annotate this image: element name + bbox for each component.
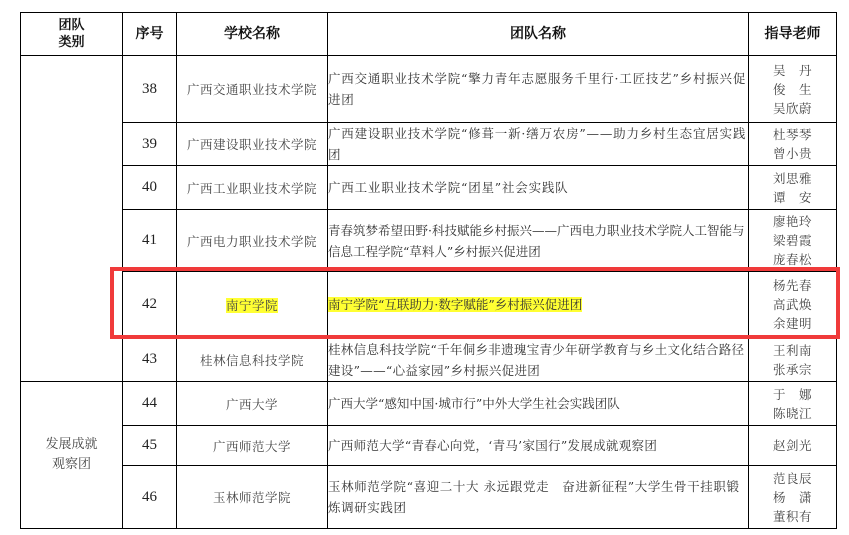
team-name: 广西交通职业技术学院“擎力青年志愿服务千里行·工匠技艺”乡村振兴促进团 bbox=[328, 56, 749, 123]
school-name: 广西师范大学 bbox=[177, 426, 328, 466]
row-number: 39 bbox=[123, 123, 177, 166]
team-name: 广西工业职业技术学院“团星”社会实践队 bbox=[328, 166, 749, 210]
school-name: 广西大学 bbox=[177, 382, 328, 426]
team-name: 桂林信息科技学院“千年侗乡非遗瑰宝青少年研学教育与乡土文化结合路径建设”——“心… bbox=[328, 338, 749, 382]
table-row: 38 广西交通职业技术学院 广西交通职业技术学院“擎力青年志愿服务千里行·工匠技… bbox=[21, 56, 837, 123]
school-name: 玉林师范学院 bbox=[177, 466, 328, 529]
school-name: 广西电力职业技术学院 bbox=[177, 210, 328, 272]
row-number: 41 bbox=[123, 210, 177, 272]
advisors: 范良辰 杨 潇 董积有 bbox=[749, 466, 837, 529]
header-school: 学校名称 bbox=[177, 13, 328, 56]
advisors: 王利南 张承宗 bbox=[749, 338, 837, 382]
team-name: 青春筑梦希望田野·科技赋能乡村振兴——广西电力职业技术学院人工智能与信息工程学院… bbox=[328, 210, 749, 272]
school-name: 桂林信息科技学院 bbox=[177, 338, 328, 382]
team-name: 广西大学“感知中国·城市行”中外大学生社会实践团队 bbox=[328, 382, 749, 426]
advisors: 杨先春 高武焕 余建明 bbox=[749, 272, 837, 338]
header-advisor: 指导老师 bbox=[749, 13, 837, 56]
team-name: 玉林师范学院“喜迎二十大 永远跟党走 奋进新征程”大学生骨干挂职锻炼调研实践团 bbox=[328, 466, 749, 529]
row-number: 40 bbox=[123, 166, 177, 210]
advisors: 刘思雅 谭 安 bbox=[749, 166, 837, 210]
table-row: 43 桂林信息科技学院 桂林信息科技学院“千年侗乡非遗瑰宝青少年研学教育与乡土文… bbox=[21, 338, 837, 382]
highlighted-team-name: 南宁学院“互联助力·数字赋能”乡村振兴促进团 bbox=[328, 297, 582, 312]
table-row: 39 广西建设职业技术学院 广西建设职业技术学院“修葺一新·缮万农房”——助力乡… bbox=[21, 123, 837, 166]
category-cell: 发展成就 观察团 bbox=[21, 382, 123, 529]
school-name: 广西建设职业技术学院 bbox=[177, 123, 328, 166]
table-row: 46 玉林师范学院 玉林师范学院“喜迎二十大 永远跟党走 奋进新征程”大学生骨干… bbox=[21, 466, 837, 529]
team-table: 团队 类别 序号 学校名称 团队名称 指导老师 38 广西交通职业技术学院 广西… bbox=[20, 12, 837, 529]
school-name: 南宁学院 bbox=[177, 272, 328, 338]
header-number: 序号 bbox=[123, 13, 177, 56]
table-row: 45 广西师范大学 广西师范大学“青春心向党，‘青马’家国行”发展成就观察团 赵… bbox=[21, 426, 837, 466]
team-name: 广西建设职业技术学院“修葺一新·缮万农房”——助力乡村生态宜居实践团 bbox=[328, 123, 749, 166]
advisors: 杜琴琴 曾小贵 bbox=[749, 123, 837, 166]
advisors: 吴 丹 俊 生 吴欣蔚 bbox=[749, 56, 837, 123]
school-name: 广西工业职业技术学院 bbox=[177, 166, 328, 210]
table-row: 40 广西工业职业技术学院 广西工业职业技术学院“团星”社会实践队 刘思雅 谭 … bbox=[21, 166, 837, 210]
advisors: 于 娜 陈晓江 bbox=[749, 382, 837, 426]
team-name: 广西师范大学“青春心向党，‘青马’家国行”发展成就观察团 bbox=[328, 426, 749, 466]
highlighted-school-name: 南宁学院 bbox=[226, 298, 278, 313]
row-number: 44 bbox=[123, 382, 177, 426]
advisors: 廖艳玲 梁碧霞 庞春松 bbox=[749, 210, 837, 272]
row-number: 46 bbox=[123, 466, 177, 529]
advisors: 赵剑光 bbox=[749, 426, 837, 466]
row-number: 45 bbox=[123, 426, 177, 466]
table-row: 发展成就 观察团 44 广西大学 广西大学“感知中国·城市行”中外大学生社会实践… bbox=[21, 382, 837, 426]
header-team: 团队名称 bbox=[328, 13, 749, 56]
school-name: 广西交通职业技术学院 bbox=[177, 56, 328, 123]
row-number: 38 bbox=[123, 56, 177, 123]
team-name: 南宁学院“互联助力·数字赋能”乡村振兴促进团 bbox=[328, 272, 749, 338]
row-number: 42 bbox=[123, 272, 177, 338]
category-cell bbox=[21, 56, 123, 382]
header-category: 团队 类别 bbox=[21, 13, 123, 56]
table-row-highlighted: 42 南宁学院 南宁学院“互联助力·数字赋能”乡村振兴促进团 杨先春 高武焕 余… bbox=[21, 272, 837, 338]
header-row: 团队 类别 序号 学校名称 团队名称 指导老师 bbox=[21, 13, 837, 56]
row-number: 43 bbox=[123, 338, 177, 382]
table-row: 41 广西电力职业技术学院 青春筑梦希望田野·科技赋能乡村振兴——广西电力职业技… bbox=[21, 210, 837, 272]
